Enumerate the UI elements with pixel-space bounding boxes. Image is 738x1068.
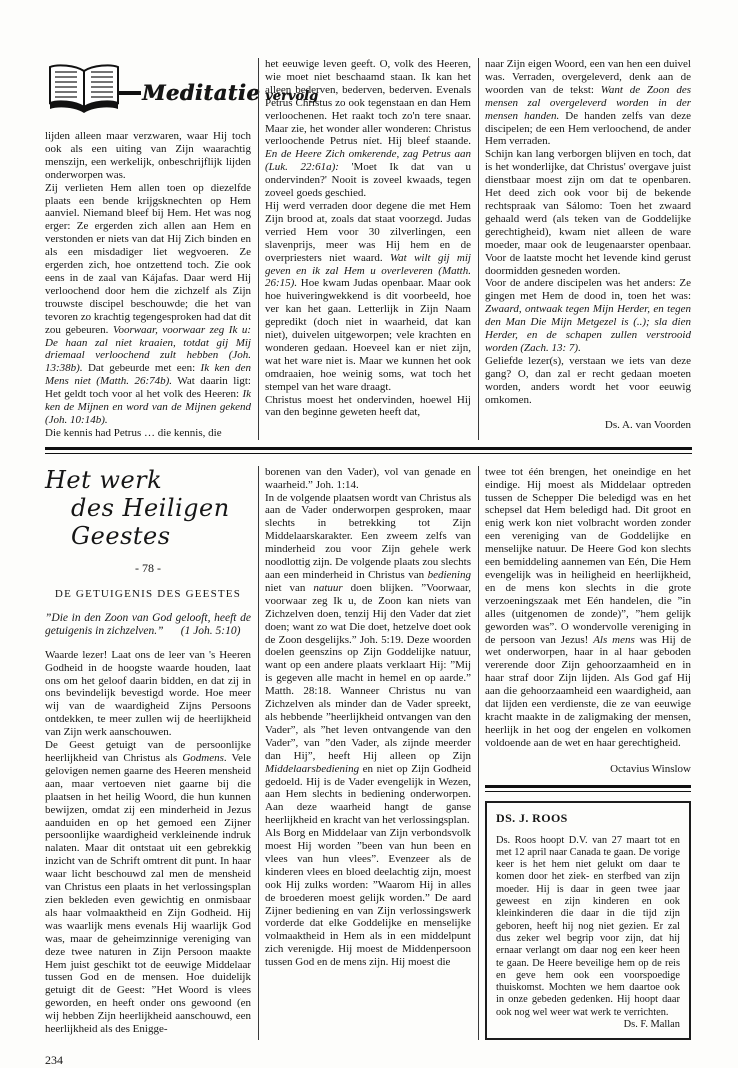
article2-column-1: Het werk des Heiligen Geestes - 78 - DE … bbox=[45, 466, 251, 1041]
paragraph: Schijn kan lang verborgen blijven en toc… bbox=[485, 148, 691, 277]
article2-col2-text: borenen van den Vader), vol van genade e… bbox=[265, 466, 471, 969]
notice-divider-rule bbox=[485, 785, 691, 792]
article1-column-3: naar Zijn eigen Woord, een van hen een d… bbox=[478, 58, 691, 440]
page-number: 234 bbox=[45, 1053, 692, 1068]
article2-scripture-quote: ”Die in den Zoon van God gelooft, heeft … bbox=[45, 612, 251, 639]
paragraph: het eeuwige leven geeft. O, volk des Hee… bbox=[265, 58, 471, 200]
article2-col3-text: twee tot één brengen, het oneindige en h… bbox=[485, 466, 691, 776]
article-heiligen-geestes: Het werk des Heiligen Geestes - 78 - DE … bbox=[45, 466, 692, 1041]
section-divider-rule bbox=[45, 447, 692, 454]
article1-column-1: Meditatievervolg lijden alleen maar verz… bbox=[45, 58, 251, 440]
open-book-icon bbox=[45, 63, 123, 117]
logo-rule bbox=[119, 91, 141, 95]
article1-column-2: het eeuwige leven geeft. O, volk des Hee… bbox=[258, 58, 471, 440]
paragraph: Die kennis had Petrus … die kennis, die bbox=[45, 427, 251, 440]
paragraph: naar Zijn eigen Woord, een van hen een d… bbox=[485, 58, 691, 148]
article1-title-main: Meditatie bbox=[142, 80, 260, 105]
paragraph: Waarde lezer! Laat ons de leer van 's He… bbox=[45, 649, 251, 739]
article2-col1-text: Waarde lezer! Laat ons de leer van 's He… bbox=[45, 649, 251, 1036]
notice-box-title: DS. J. ROOS bbox=[496, 811, 680, 826]
paragraph: lijden alleen maar verzwaren, waar Hij t… bbox=[45, 130, 251, 182]
article2-subtitle: DE GETUIGENIS DES GEESTES bbox=[45, 588, 251, 600]
paragraph: ”Die in den Zoon van God gelooft, heeft … bbox=[45, 612, 251, 639]
paragraph: twee tot één brengen, het oneindige en h… bbox=[485, 466, 691, 750]
article1-col2-text: het eeuwige leven geeft. O, volk des Hee… bbox=[265, 58, 471, 419]
paragraph: Ds. A. van Voorden bbox=[485, 419, 691, 432]
article2-title-line2: des Heiligen Geestes bbox=[71, 494, 251, 550]
notice-box-body: Ds. Roos hoopt D.V. van 27 maart tot en … bbox=[496, 835, 680, 1032]
article2-column-3: twee tot één brengen, het oneindige en h… bbox=[478, 466, 691, 1041]
article2-column-2: borenen van den Vader), vol van genade e… bbox=[258, 466, 471, 1041]
article-meditatie: Meditatievervolg lijden alleen maar verz… bbox=[45, 58, 692, 440]
paragraph: Ds. Roos hoopt D.V. van 27 maart tot en … bbox=[496, 835, 680, 1019]
paragraph: Geliefde lezer(s), verstaan we iets van … bbox=[485, 355, 691, 407]
paragraph: Hij werd verraden door degene die met He… bbox=[265, 200, 471, 394]
article1-col1-text: lijden alleen maar verzwaren, waar Hij t… bbox=[45, 130, 251, 440]
paragraph: Octavius Winslow bbox=[485, 763, 691, 776]
meditatie-header: Meditatievervolg bbox=[45, 60, 251, 120]
paragraph: Christus moest het ondervinden, hoewel H… bbox=[265, 394, 471, 420]
article2-title-line1: Het werk bbox=[45, 466, 251, 494]
paragraph: De Geest getuigt van de persoonlijke hee… bbox=[45, 739, 251, 1036]
notice-box: DS. J. ROOS Ds. Roos hoopt D.V. van 27 m… bbox=[485, 801, 691, 1041]
article2-episode-number: - 78 - bbox=[45, 561, 251, 576]
paragraph: Als Borg en Middelaar van Zijn verbondsv… bbox=[265, 827, 471, 969]
paragraph: In de volgende plaatsen wordt van Christ… bbox=[265, 492, 471, 828]
article1-col3-text: naar Zijn eigen Woord, een van hen een d… bbox=[485, 58, 691, 432]
paragraph: Zij verlieten Hem allen toen op diezelfd… bbox=[45, 182, 251, 427]
paragraph: Ds. F. Mallan bbox=[496, 1019, 680, 1031]
paragraph: Voor de andere discipelen was het anders… bbox=[485, 277, 691, 354]
paragraph: borenen van den Vader), vol van genade e… bbox=[265, 466, 471, 492]
magazine-page: Meditatievervolg lijden alleen maar verz… bbox=[0, 0, 738, 1068]
